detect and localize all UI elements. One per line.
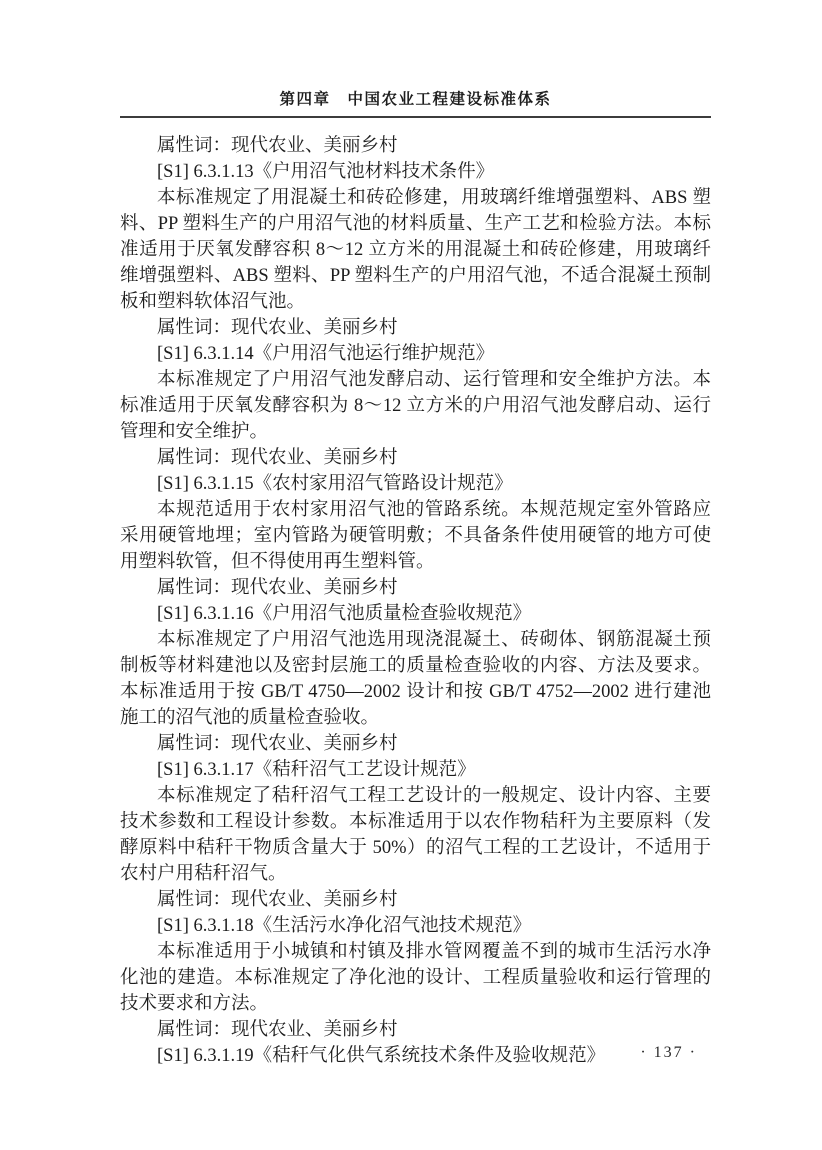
attribute-words-line: 属性词：现代农业、美丽乡村 <box>120 133 711 159</box>
standard-entry-line: [S1] 6.3.1.14《户用沼气池运行维护规范》 <box>120 341 711 367</box>
standard-entry-line: [S1] 6.3.1.17《秸秆沼气工艺设计规范》 <box>120 757 711 783</box>
page-number: · 137 · <box>640 1044 697 1061</box>
attribute-words-line: 属性词：现代农业、美丽乡村 <box>120 731 711 757</box>
chapter-header-title: 第四章 中国农业工程建设标准体系 <box>279 90 551 108</box>
standard-description: 本标准规定了户用沼气池发酵启动、运行管理和安全维护方法。本标准适用于厌氧发酵容积… <box>120 367 711 445</box>
attribute-words-line: 属性词：现代农业、美丽乡村 <box>120 887 711 913</box>
attribute-words-line: 属性词：现代农业、美丽乡村 <box>120 315 711 341</box>
running-header: 第四章 中国农业工程建设标准体系 <box>120 87 711 109</box>
page-footer: · 137 · <box>120 1044 697 1062</box>
page-body: 属性词：现代农业、美丽乡村 [S1] 6.3.1.13《户用沼气池材料技术条件》… <box>120 133 711 1069</box>
standard-description: 本标准适用于小城镇和村镇及排水管网覆盖不到的城市生活污水净化池的建造。本标准规定… <box>120 939 711 1017</box>
standard-entry-line: [S1] 6.3.1.16《户用沼气池质量检查验收规范》 <box>120 601 711 627</box>
standard-entry-line: [S1] 6.3.1.18《生活污水净化沼气池技术规范》 <box>120 913 711 939</box>
standard-entry-line: [S1] 6.3.1.15《农村家用沼气管路设计规范》 <box>120 471 711 497</box>
header-rule <box>120 116 711 118</box>
standard-description: 本标准规定了用混凝土和砖砼修建，用玻璃纤维增强塑料、ABS 塑料、PP 塑料生产… <box>120 185 711 315</box>
attribute-words-line: 属性词：现代农业、美丽乡村 <box>120 575 711 601</box>
standard-description: 本规范适用于农村家用沼气池的管路系统。本规范规定室外管路应采用硬管地埋；室内管路… <box>120 497 711 575</box>
document-page: 第四章 中国农业工程建设标准体系 属性词：现代农业、美丽乡村 [S1] 6.3.… <box>0 0 822 1150</box>
standard-entry-line: [S1] 6.3.1.13《户用沼气池材料技术条件》 <box>120 159 711 185</box>
standard-description: 本标准规定了户用沼气池选用现浇混凝土、砖砌体、钢筋混凝土预制板等材料建池以及密封… <box>120 627 711 731</box>
attribute-words-line: 属性词：现代农业、美丽乡村 <box>120 445 711 471</box>
standard-description: 本标准规定了秸秆沼气工程工艺设计的一般规定、设计内容、主要技术参数和工程设计参数… <box>120 783 711 887</box>
attribute-words-line: 属性词：现代农业、美丽乡村 <box>120 1017 711 1043</box>
